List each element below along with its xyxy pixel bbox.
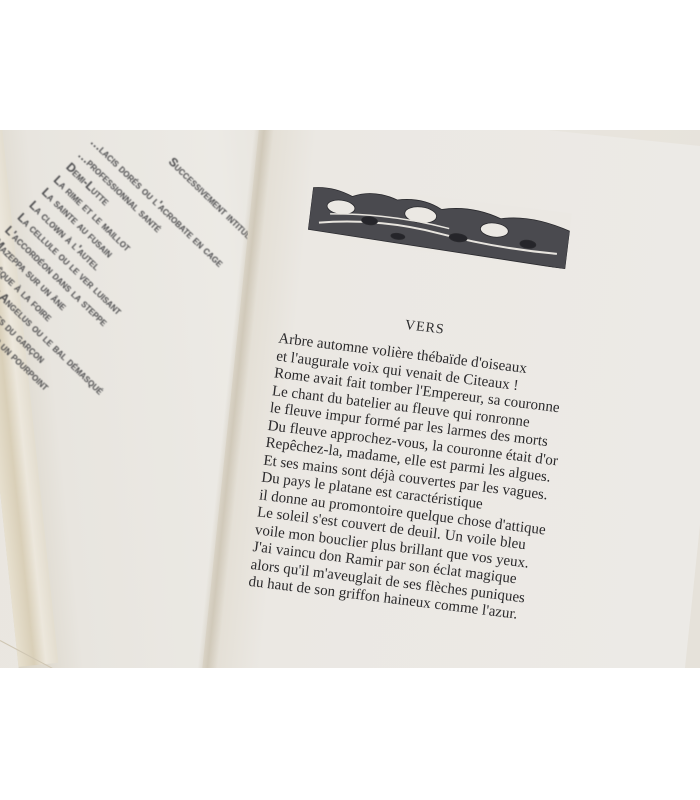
- book-photo: Successivement intitulé …lacis dorés ou …: [0, 130, 700, 668]
- poem-body: Arbre automne volière thébaïde d'oiseaux…: [248, 331, 570, 627]
